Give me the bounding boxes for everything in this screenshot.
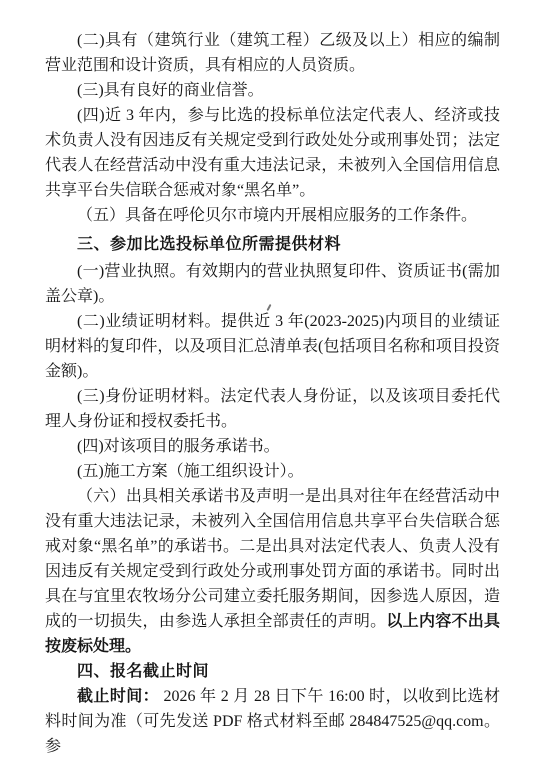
paragraph-item-5-work-conditions: （五）具备在呼伦贝尔市境内开展相应服务的工作条件。 [45, 203, 500, 228]
paragraph-material-5-construction-plan: (五)施工方案（施工组织设计）。 [45, 459, 500, 484]
paragraph-material-4-service-commitment: (四)对该项目的服务承诺书。 [45, 434, 500, 459]
text-run: （六）出具相关承诺书及声明一是出具对往年在经营活动中没有重大违法记录，未被列入全… [45, 488, 500, 630]
paragraph-deadline: 截止时间： 2026 年 2 月 28 日下午 16:00 时，以收到比选材料时… [45, 684, 500, 759]
text-run: （五）具备在呼伦贝尔市境内开展相应服务的工作条件。 [77, 207, 477, 224]
document-page: (二)具有（建筑行业（建筑工程）乙级及以上）相应的编制营业范围和设计资质，具有相… [0, 0, 543, 763]
section-4-heading: 四、报名截止时间 [45, 659, 500, 684]
paragraph-material-3-identity-proof: (三)身份证明材料。法定代表人身份证，以及该项目委托代理人身份证和授权委托书。 [45, 384, 500, 434]
heading-text: 三、参加比选投标单位所需提供材料 [77, 236, 341, 253]
paragraph-material-1-business-license: (一)营业执照。有效期内的营业执照复印件、资质证书(需加盖公章)。 [45, 259, 500, 309]
paragraph-item-2-qualifications: (二)具有（建筑行业（建筑工程）乙级及以上）相应的编制营业范围和设计资质，具有相… [45, 28, 500, 78]
text-run: (五)施工方案（施工组织设计）。 [77, 463, 304, 480]
section-3-heading: 三、参加比选投标单位所需提供材料 [45, 232, 500, 257]
text-run: (四)对该项目的服务承诺书。 [77, 438, 280, 455]
text-run: (二)具有（建筑行业（建筑工程）乙级及以上）相应的编制营业范围和设计资质，具有相… [45, 32, 500, 74]
text-run: (二)业绩证明材料。提供近 3 年(2023-2025)内项目的业绩证明材料的复… [45, 313, 500, 380]
paragraph-item-4-no-violations: (四)近 3 年内，参与比选的投标单位法定代表人、经济或技术负责人没有因违反有关… [45, 103, 500, 203]
text-run: (一)营业执照。有效期内的营业执照复印件、资质证书(需加盖公章)。 [45, 263, 500, 305]
deadline-label: 截止时间： [77, 688, 159, 705]
paragraph-item-3-reputation: (三)具有良好的商业信誉。 [45, 78, 500, 103]
heading-text: 四、报名截止时间 [77, 663, 209, 680]
text-run: (三)身份证明材料。法定代表人身份证，以及该项目委托代理人身份证和授权委托书。 [45, 388, 500, 430]
paragraph-material-2-performance-proof: (二)业绩证明材料。提供近 3 年(2023-2025)内项目的业绩证明材料的复… [45, 309, 500, 384]
paragraph-material-6-commitment-letters: （六）出具相关承诺书及声明一是出具对往年在经营活动中没有重大违法记录，未被列入全… [45, 484, 500, 659]
text-run: (三)具有良好的商业信誉。 [77, 82, 264, 99]
text-run: (四)近 3 年内，参与比选的投标单位法定代表人、经济或技术负责人没有因违反有关… [45, 107, 500, 199]
